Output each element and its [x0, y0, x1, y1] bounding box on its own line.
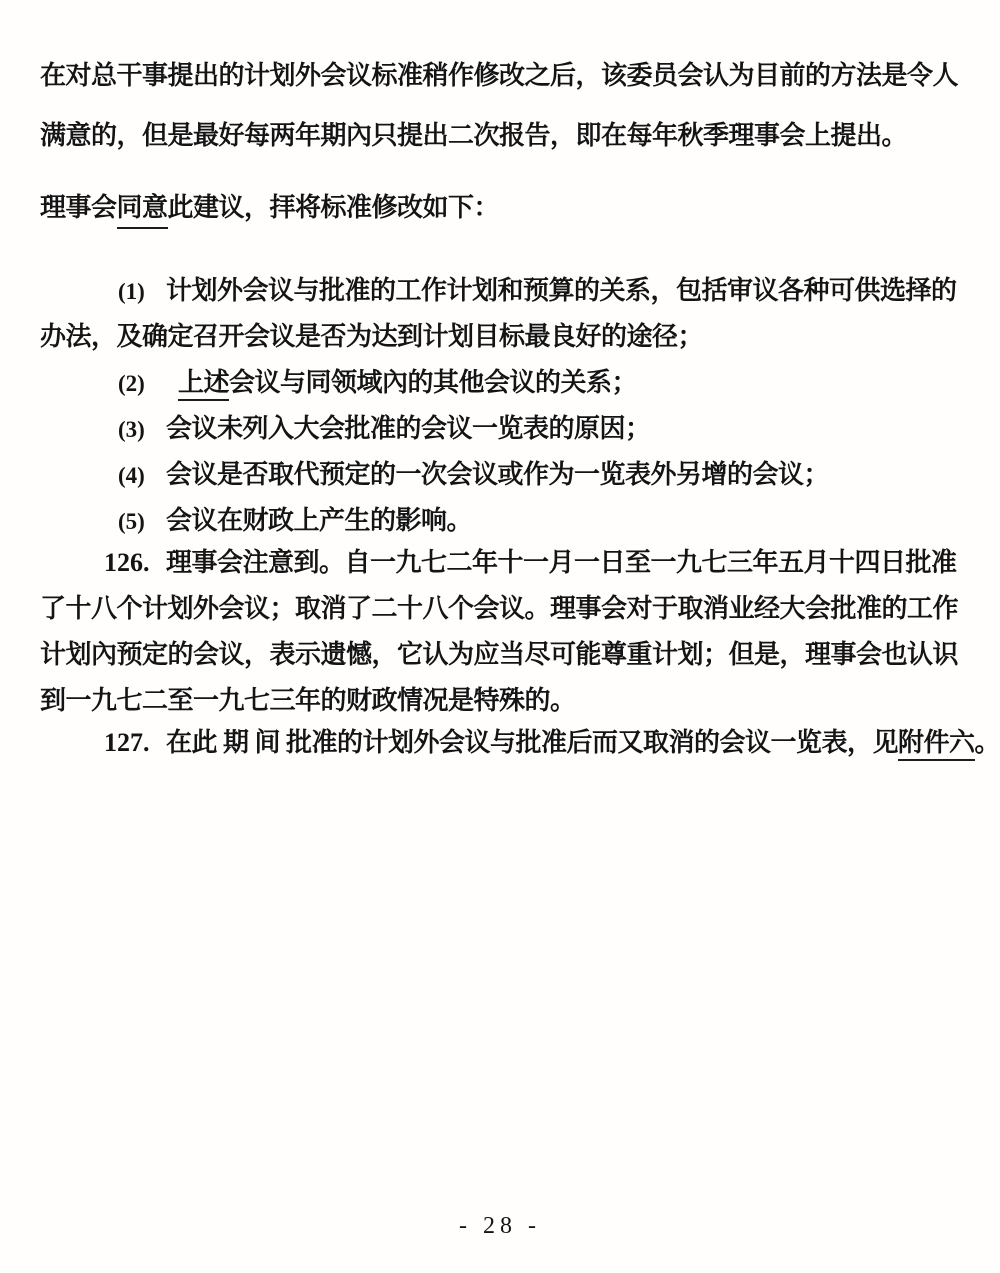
intro-paragraph: 在对总干事提出的计划外会议标准稍作修改之后，该委员会认为目前的方法是令人 满意的… — [40, 46, 964, 166]
list-item-continuation: 办法，及确定召开会议是否为达到计划目标最良好的途径； — [40, 314, 964, 360]
list-item: (4)会议是否取代预定的一次会议或作为一览表外另增的会议； — [40, 452, 964, 498]
page-number: - 28 - — [0, 1206, 1000, 1246]
underlined-word: 同意 — [117, 193, 168, 229]
list-item: (3)会议未列入大会批准的会议一览表的原因； — [40, 406, 964, 452]
underlined-word: 上述 — [178, 368, 229, 401]
text-line: 在对总干事提出的计划外会议标准稍作修改之后，该委员会认为目前的方法是令人 — [40, 46, 964, 106]
paragraph-text: 理事会注意到。自一九七二年十一月一日至一九七三年五月十四日批准 — [166, 548, 957, 577]
scanned-document-page: 在对总干事提出的计划外会议标准稍作修改之后，该委员会认为目前的方法是令人 满意的… — [0, 0, 1000, 1273]
agreement-paragraph: 理事会同意此建议，拝将标准修改如下： — [40, 178, 964, 238]
paragraph-text: 。 — [975, 728, 1000, 757]
text-line: 127.在此 期 间 批准的计划外会议与批准后而又取消的会议一览表，见附件六。 — [40, 720, 964, 766]
agree-prefix: 理事会 — [40, 193, 117, 222]
list-item: (5)会议在财政上产生的影响。 — [40, 498, 964, 544]
list-item: (1)计划外会议与批准的工作计划和预算的关系，包括审议各种可供选择的 — [40, 268, 964, 314]
text-line: 理事会同意此建议，拝将标准修改如下： — [40, 178, 964, 238]
item-text: 会议在财政上产生的影响。 — [166, 506, 472, 535]
text-line: 了十八个计划外会议；取消了二十八个会议。理事会对于取消业经大会批准的工作 — [40, 586, 964, 632]
item-text: 会议与同领域內的其他会议的关系； — [229, 368, 637, 397]
text-line: 计划內预定的会议，表示遗憾，它认为应当尽可能尊重计划；但是，理事会也认识 — [40, 632, 964, 678]
text-line: 126.理事会注意到。自一九七二年十一月一日至一九七三年五月十四日批准 — [40, 540, 964, 586]
text-line: 满意的，但是最好每两年期內只提出二次报告，即在每年秋季理事会上提出。 — [40, 106, 964, 166]
paragraph-text: 在此 期 间 批准的计划外会议与批准后而又取消的会议一览表，见 — [166, 728, 898, 757]
paragraph-127: 127.在此 期 间 批准的计划外会议与批准后而又取消的会议一览表，见附件六。 — [40, 720, 964, 766]
item-number: (1) — [118, 269, 166, 315]
paragraph-126: 126.理事会注意到。自一九七二年十一月一日至一九七三年五月十四日批准 了十八个… — [40, 540, 964, 724]
item-number: (4) — [118, 453, 166, 499]
item-number: (3) — [118, 407, 166, 453]
item-text: 计划外会议与批准的工作计划和预算的关系，包括审议各种可供选择的 — [166, 276, 957, 305]
item-text: 会议是否取代预定的一次会议或作为一览表外另增的会议； — [166, 460, 829, 489]
underlined-annex-reference: 附件六 — [898, 728, 975, 761]
list-item: (2)上述会议与同领域內的其他会议的关系； — [40, 360, 964, 406]
agree-suffix: 此建议，拝将标准修改如下： — [168, 193, 500, 222]
criteria-list: (1)计划外会议与批准的工作计划和预算的关系，包括审议各种可供选择的 办法，及确… — [40, 268, 964, 544]
item-number: (5) — [118, 499, 166, 545]
paragraph-number: 127. — [104, 720, 166, 766]
item-text: 会议未列入大会批准的会议一览表的原因； — [166, 414, 651, 443]
paragraph-number: 126. — [104, 540, 166, 586]
text-line: 到一九七二至一九七三年的财政情况是特殊的。 — [40, 678, 964, 724]
item-number: (2) — [118, 361, 178, 407]
